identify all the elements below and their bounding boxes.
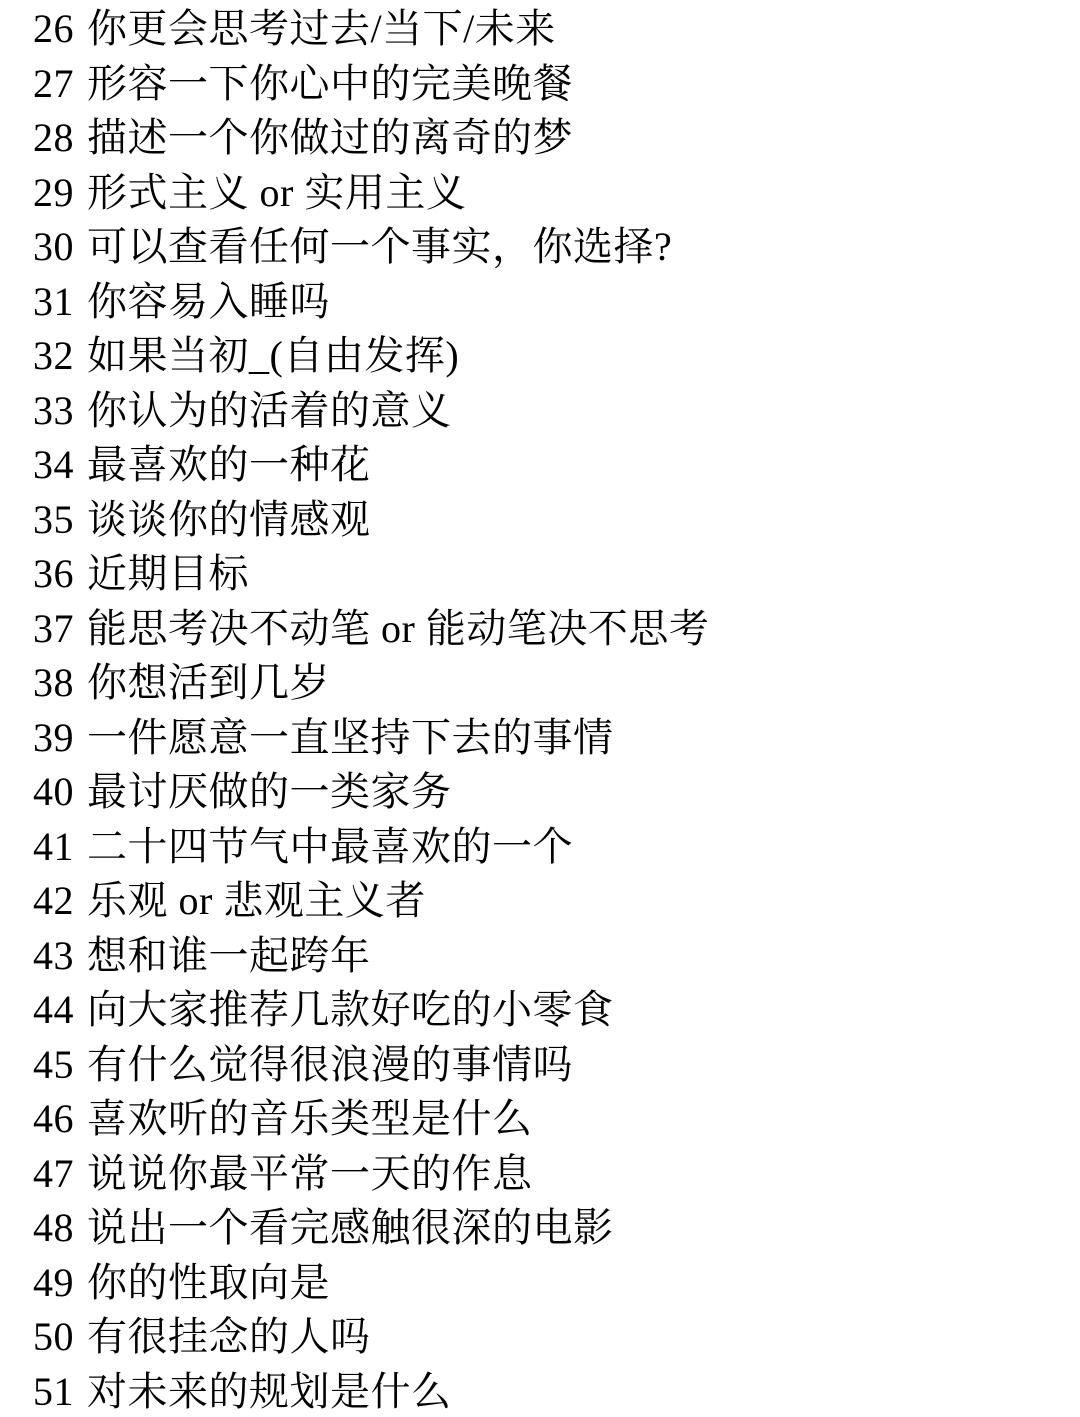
question-number: 50 <box>33 1310 74 1365</box>
question-text: 有很挂念的人吗 <box>87 1310 371 1365</box>
question-text: 乐观 or 悲观主义者 <box>87 874 426 929</box>
question-number: 30 <box>33 220 74 275</box>
question-number: 49 <box>33 1256 74 1311</box>
question-number: 43 <box>33 929 74 984</box>
question-text: 谈谈你的情感观 <box>87 493 371 548</box>
question-number: 46 <box>33 1092 74 1147</box>
question-number: 28 <box>33 111 74 166</box>
question-number: 36 <box>33 547 74 602</box>
question-line: 42乐观 or 悲观主义者 <box>33 874 1060 929</box>
question-line: 32如果当初_(自由发挥) <box>33 329 1060 384</box>
question-line: 35谈谈你的情感观 <box>33 493 1060 548</box>
question-text: 如果当初_(自由发挥) <box>87 329 459 384</box>
question-number: 31 <box>33 275 74 330</box>
question-text: 一件愿意一直坚持下去的事情 <box>87 711 614 766</box>
question-number: 32 <box>33 329 74 384</box>
question-line: 28描述一个你做过的离奇的梦 <box>33 111 1060 166</box>
question-text: 二十四节气中最喜欢的一个 <box>87 820 573 875</box>
question-line: 50有很挂念的人吗 <box>33 1310 1060 1365</box>
question-text: 向大家推荐几款好吃的小零食 <box>87 983 614 1038</box>
question-line: 36近期目标 <box>33 547 1060 602</box>
question-line: 34最喜欢的一种花 <box>33 438 1060 493</box>
question-line: 48说出一个看完感触很深的电影 <box>33 1201 1060 1256</box>
question-number: 29 <box>33 166 74 221</box>
question-number: 41 <box>33 820 74 875</box>
question-number: 48 <box>33 1201 74 1256</box>
question-text: 你容易入睡吗 <box>87 275 330 330</box>
question-number: 37 <box>33 602 74 657</box>
question-number: 27 <box>33 57 74 112</box>
question-text: 你的性取向是 <box>87 1256 330 1311</box>
question-number: 26 <box>33 2 74 57</box>
question-text: 喜欢听的音乐类型是什么 <box>87 1092 533 1147</box>
question-line: 49你的性取向是 <box>33 1256 1060 1311</box>
question-line: 47说说你最平常一天的作息 <box>33 1147 1060 1202</box>
question-text: 最喜欢的一种花 <box>87 438 371 493</box>
question-text: 想和谁一起跨年 <box>87 929 371 984</box>
question-number: 40 <box>33 765 74 820</box>
question-line: 30可以查看任何一个事实，你选择? <box>33 220 1060 275</box>
document-page: 26你更会思考过去/当下/未来27形容一下你心中的完美晚餐28描述一个你做过的离… <box>0 0 1080 1417</box>
question-line: 44向大家推荐几款好吃的小零食 <box>33 983 1060 1038</box>
question-number: 47 <box>33 1147 74 1202</box>
question-list: 26你更会思考过去/当下/未来27形容一下你心中的完美晚餐28描述一个你做过的离… <box>33 2 1060 1417</box>
question-number: 38 <box>33 656 74 711</box>
question-line: 45有什么觉得很浪漫的事情吗 <box>33 1038 1060 1093</box>
question-line: 29形式主义 or 实用主义 <box>33 166 1060 221</box>
question-text: 描述一个你做过的离奇的梦 <box>87 111 573 166</box>
question-line: 46喜欢听的音乐类型是什么 <box>33 1092 1060 1147</box>
question-line: 51对未来的规划是什么 <box>33 1365 1060 1417</box>
question-text: 形式主义 or 实用主义 <box>87 166 466 221</box>
question-text: 近期目标 <box>87 547 249 602</box>
question-text: 可以查看任何一个事实，你选择? <box>87 220 672 275</box>
question-text: 你更会思考过去/当下/未来 <box>87 2 556 57</box>
question-text: 说出一个看完感触很深的电影 <box>87 1201 614 1256</box>
question-line: 33你认为的活着的意义 <box>33 384 1060 439</box>
question-number: 35 <box>33 493 74 548</box>
question-number: 45 <box>33 1038 74 1093</box>
question-text: 对未来的规划是什么 <box>87 1365 452 1417</box>
question-text: 你想活到几岁 <box>87 656 330 711</box>
question-line: 26你更会思考过去/当下/未来 <box>33 2 1060 57</box>
question-line: 38你想活到几岁 <box>33 656 1060 711</box>
question-text: 最讨厌做的一类家务 <box>87 765 452 820</box>
question-text: 说说你最平常一天的作息 <box>87 1147 533 1202</box>
question-number: 42 <box>33 874 74 929</box>
question-number: 39 <box>33 711 74 766</box>
question-number: 33 <box>33 384 74 439</box>
question-line: 39一件愿意一直坚持下去的事情 <box>33 711 1060 766</box>
question-line: 41二十四节气中最喜欢的一个 <box>33 820 1060 875</box>
question-line: 37能思考决不动笔 or 能动笔决不思考 <box>33 602 1060 657</box>
question-line: 43想和谁一起跨年 <box>33 929 1060 984</box>
question-text: 能思考决不动笔 or 能动笔决不思考 <box>87 602 709 657</box>
question-number: 44 <box>33 983 74 1038</box>
question-line: 27形容一下你心中的完美晚餐 <box>33 57 1060 112</box>
question-text: 你认为的活着的意义 <box>87 384 452 439</box>
question-line: 31你容易入睡吗 <box>33 275 1060 330</box>
question-text: 有什么觉得很浪漫的事情吗 <box>87 1038 573 1093</box>
question-line: 40最讨厌做的一类家务 <box>33 765 1060 820</box>
question-number: 51 <box>33 1365 74 1417</box>
question-number: 34 <box>33 438 74 493</box>
question-text: 形容一下你心中的完美晚餐 <box>87 57 573 112</box>
